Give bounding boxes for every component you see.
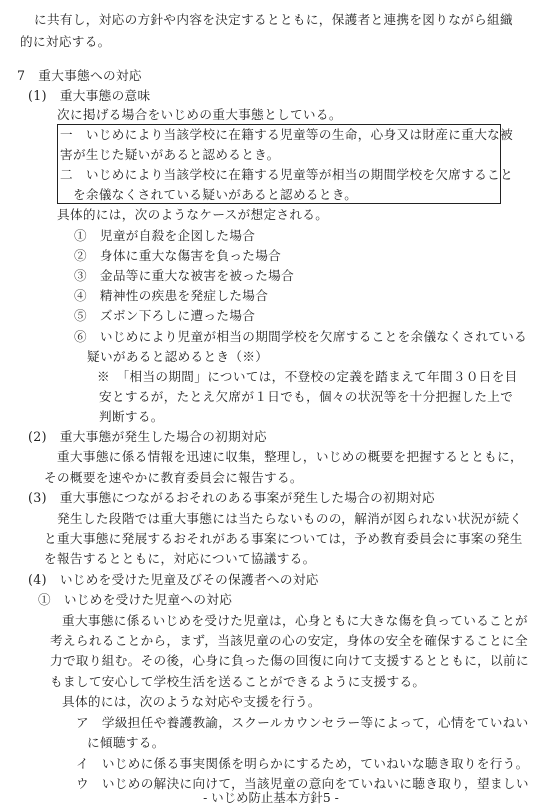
case-item-4: ④ 精神性の疾患を発症した場合 bbox=[74, 288, 268, 304]
subsection-1-heading: (1) 重大事態の意味 bbox=[28, 88, 150, 104]
definition-line-4: を余儀なくされている疑いがあると認めるとき。 bbox=[60, 187, 357, 203]
definition-line-1: 一 いじめにより当該学校に在籍する児童等の生命，心身又は財産に重大な被 bbox=[60, 127, 513, 143]
note-line-1: ※ 「相当の期間」については，不登校の定義を踏まえて年間３０日を目 bbox=[97, 369, 518, 385]
item-1-heading: ① いじめを受けた児童への対応 bbox=[38, 592, 232, 608]
case-item-5: ⑤ ズボン下ろしに遭った場合 bbox=[74, 308, 255, 324]
subsection-4-heading: (4) いじめを受けた児童及びその保護者への対応 bbox=[28, 572, 319, 588]
support-intro: 具体的には，次のような対応や支援を行う。 bbox=[62, 694, 321, 710]
subsection-1-intro: 次に掲げる場合をいじめの重大事態としている。 bbox=[57, 107, 342, 123]
cases-intro: 具体的には，次のようなケースが想定される。 bbox=[57, 207, 328, 223]
subsection-2-body-1: 重大事態に係る情報を迅速に収集，整理し，いじめの概要を把握するとともに， bbox=[57, 449, 523, 465]
note-line-2: 安とするが，たとえ欠席が１日でも，個々の状況等を十分把握した上で bbox=[99, 389, 513, 405]
section-7-heading: 7 重大事態への対応 bbox=[17, 68, 142, 84]
subsection-3-heading: (3) 重大事態につながるおそれのある事案が発生した場合の初期対応 bbox=[28, 490, 435, 506]
support-item-a-cont: に傾聴する。 bbox=[87, 735, 165, 751]
support-item-i: イ いじめに係る事実関係を明らかにするため，ていねいな聴き取りを行う。 bbox=[76, 756, 529, 772]
subsection-3-body-2: と重大事態に発展するおそれがある事案については，予め教育委員会に事案の発生 bbox=[44, 531, 523, 547]
page-footer: - いじめ防止基本方針5 - bbox=[0, 790, 542, 805]
case-item-1: ① 児童が自殺を企図した場合 bbox=[74, 228, 255, 244]
item-1-body-4: もまして安心して学校生活を送ることができるように支援する。 bbox=[50, 674, 425, 690]
subsection-2-heading: (2) 重大事態が発生した場合の初期対応 bbox=[28, 429, 267, 445]
continuation-line-2: 的に対応する。 bbox=[20, 34, 111, 50]
definition-line-3: 二 いじめにより当該学校に在籍する児童等が相当の期間学校を欠席すること bbox=[60, 167, 513, 183]
definition-line-2: 害が生じた疑いがあると認めるとき。 bbox=[60, 147, 280, 163]
item-1-body-1: 重大事態に係るいじめを受けた児童は，心身ともに大きな傷を負っていることが bbox=[62, 613, 528, 629]
item-1-body-2: 考えられることから，まず，当該児童の心の安定，身体の安全を確保することに全 bbox=[50, 633, 528, 649]
subsection-3-body-3: を報告するとともに，対応について協議する。 bbox=[44, 551, 316, 567]
item-1-body-3: 力で取り組む。その後，心身に負った傷の回復に向けて支援するとともに，以前に bbox=[50, 653, 529, 669]
case-item-6-cont: 疑いがあると認めるとき（※） bbox=[87, 349, 268, 365]
case-item-3: ③ 金品等に重大な被害を被った場合 bbox=[74, 268, 294, 284]
subsection-2-body-2: その概要を速やかに教育委員会に報告する。 bbox=[44, 470, 303, 486]
subsection-3-body-1: 発生した段階では重大事態には当たらないものの，解消が図られない状況が続く bbox=[57, 511, 522, 527]
support-item-a: ア 学級担任や養護教諭，スクールカウンセラー等によって，心情をていねい bbox=[76, 715, 529, 731]
continuation-line-1: に共有し，対応の方針や内容を決定するとともに，保護者と連携を図りながら組織 bbox=[34, 12, 513, 28]
note-line-3: 判断する。 bbox=[99, 409, 164, 425]
case-item-6: ⑥ いじめにより児童が相当の期間学校を欠席することを余儀なくされている bbox=[74, 329, 527, 345]
case-item-2: ② 身体に重大な傷害を負った場合 bbox=[74, 248, 281, 264]
